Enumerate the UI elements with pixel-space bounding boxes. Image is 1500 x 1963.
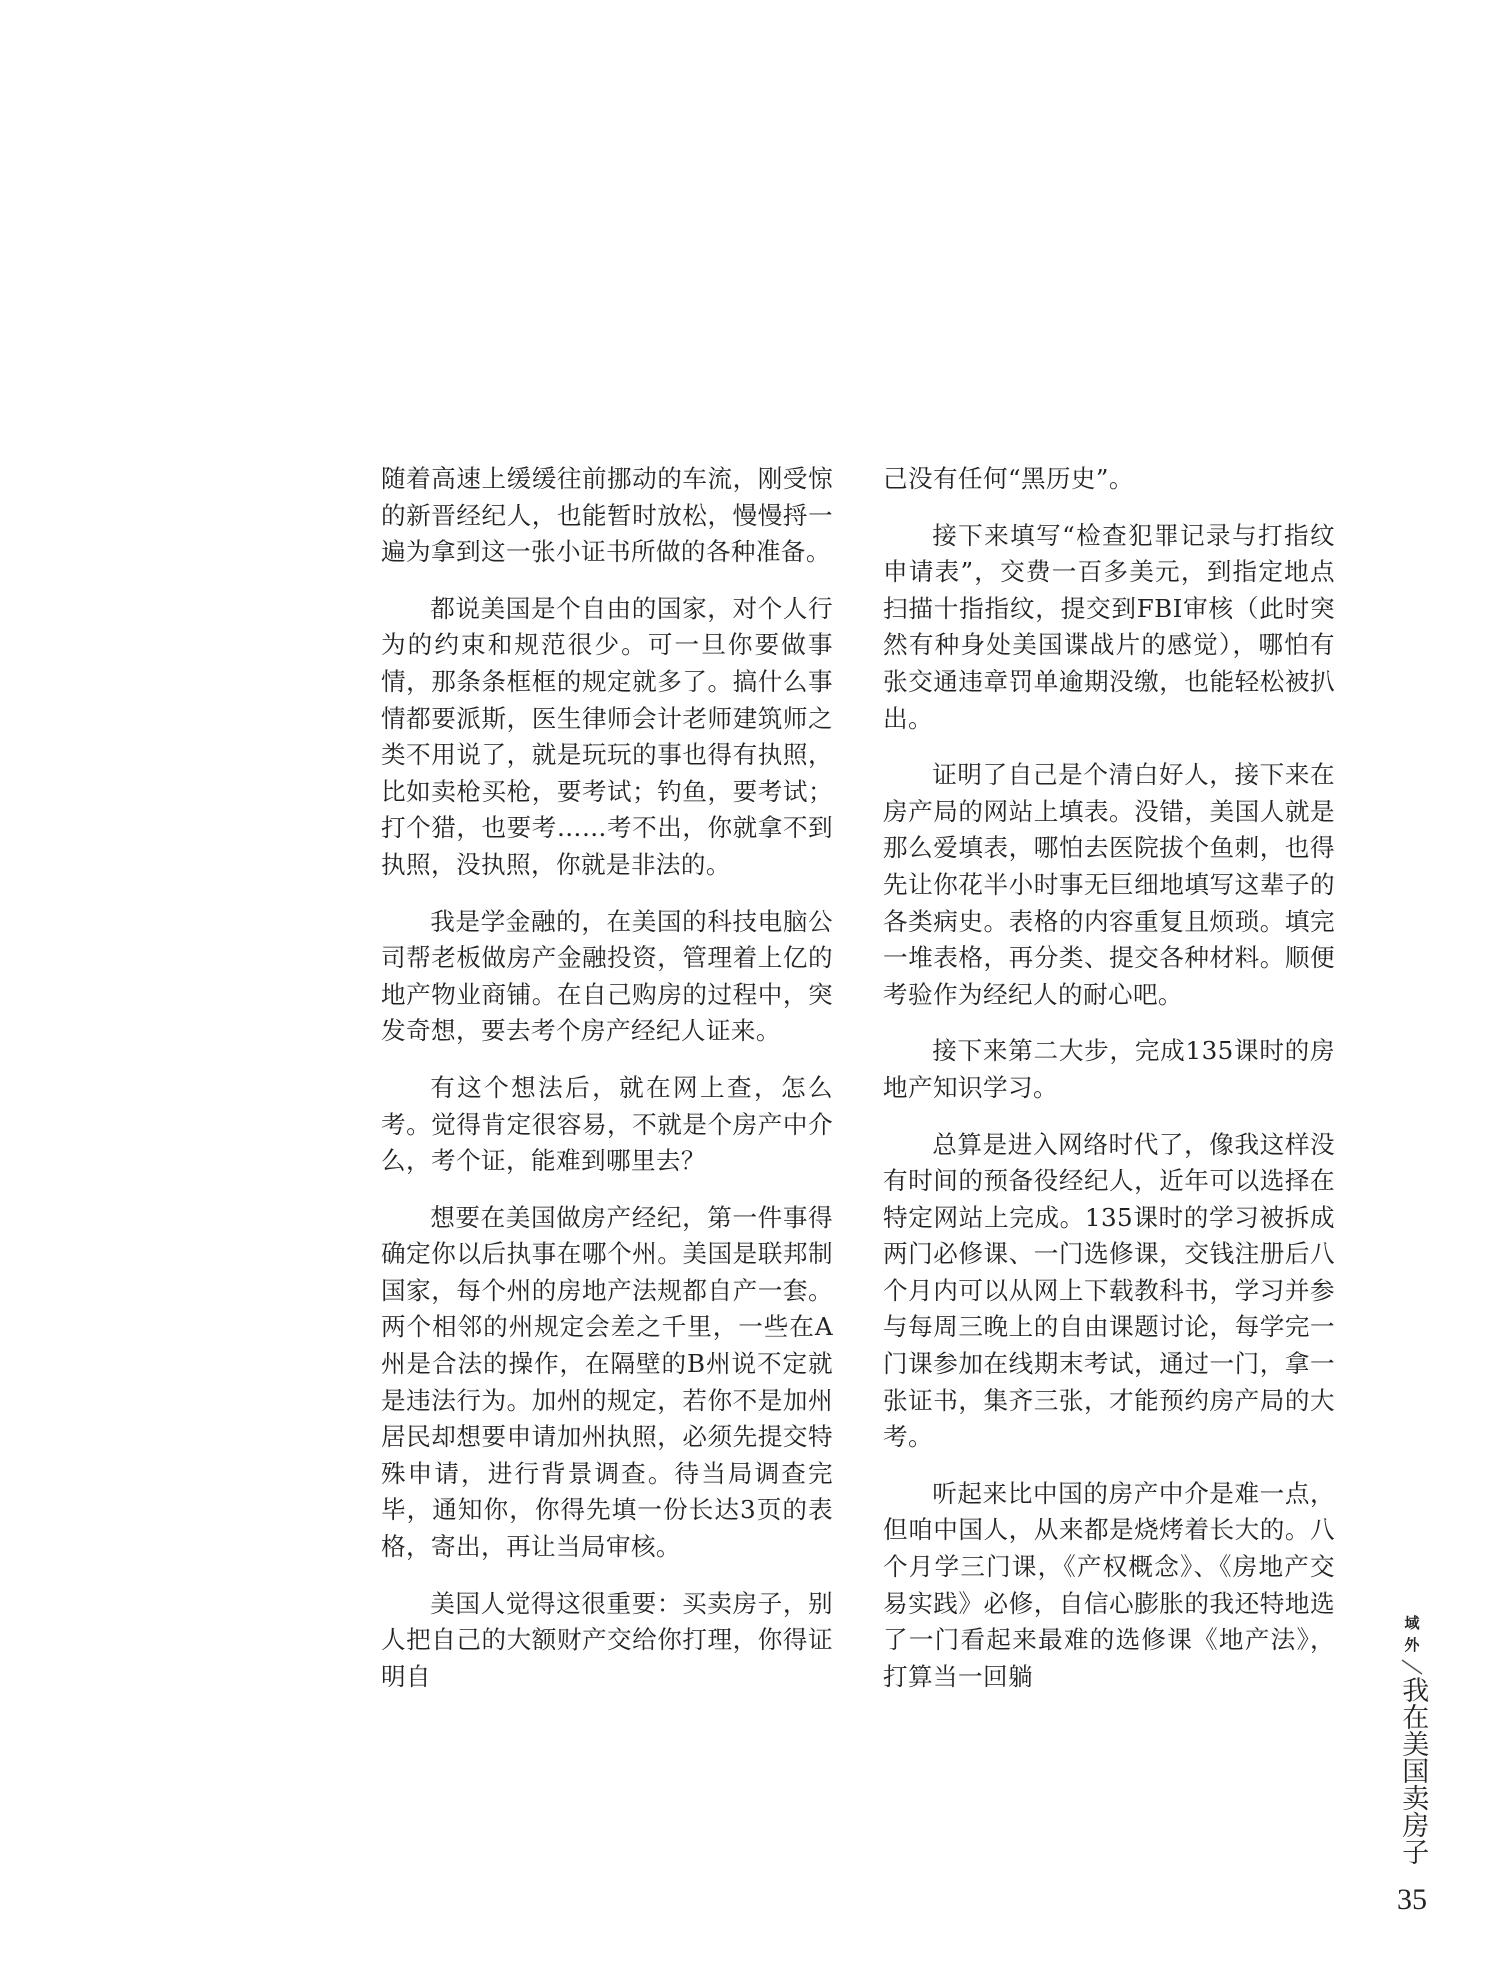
right-text-column: 己没有任何“黑历史”。 接下来填写“检查犯罪记录与打指纹申请表”，交费一百多美元… (883, 461, 1335, 1715)
paragraph: 美国人觉得这很重要：买卖房子，别人把自己的大额财产交给你打理，你得证明自 (381, 1586, 833, 1696)
magazine-page: 随着高速上缓缓往前挪动的车流，刚受惊的新晋经纪人，也能暂时放松，慢慢捋一遍为拿到… (0, 0, 1500, 1963)
paragraph: 总算是进入网络时代了，像我这样没有时间的预备役经纪人，近年可以选择在特定网站上完… (883, 1127, 1335, 1456)
article-title: 我在美国卖房子 (1398, 1676, 1427, 1865)
section-tag: 域 (1404, 1612, 1419, 1634)
running-header-sidebar: 域 外 我在美国卖房子 35 (1395, 1612, 1429, 1917)
paragraph: 想要在美国做房产经纪，第一件事得确定你以后执事在哪个州。美国是联邦制国家，每个州… (381, 1200, 833, 1566)
paragraph: 接下来填写“检查犯罪记录与打指纹申请表”，交费一百多美元，到指定地点扫描十指指纹… (883, 518, 1335, 738)
slash-divider-icon (1399, 1658, 1425, 1676)
paragraph: 听起来比中国的房产中介是难一点，但咱中国人，从来都是烧烤着长大的。八个月学三门课… (883, 1476, 1335, 1696)
paragraph: 有这个想法后，就在网上查，怎么考。觉得肯定很容易，不就是个房产中介么，考个证，能… (381, 1070, 833, 1180)
paragraph: 接下来第二大步，完成135课时的房地产知识学习。 (883, 1033, 1335, 1106)
page-number: 35 (1387, 1883, 1437, 1917)
paragraph: 我是学金融的，在美国的科技电脑公司帮老板做房产金融投资，管理着上亿的地产物业商铺… (381, 904, 833, 1050)
section-tag: 外 (1404, 1634, 1419, 1656)
paragraph: 证明了自己是个清白好人，接下来在房产局的网站上填表。没错，美国人就是那么爱填表，… (883, 757, 1335, 1013)
paragraph: 随着高速上缓缓往前挪动的车流，刚受惊的新晋经纪人，也能暂时放松，慢慢捋一遍为拿到… (381, 461, 833, 571)
paragraph: 都说美国是个自由的国家，对个人行为的约束和规范很少。可一旦你要做事情，那条条框框… (381, 591, 833, 884)
left-text-column: 随着高速上缓缓往前挪动的车流，刚受惊的新晋经纪人，也能暂时放松，慢慢捋一遍为拿到… (381, 461, 833, 1715)
paragraph-continuation: 己没有任何“黑历史”。 (883, 461, 1335, 498)
